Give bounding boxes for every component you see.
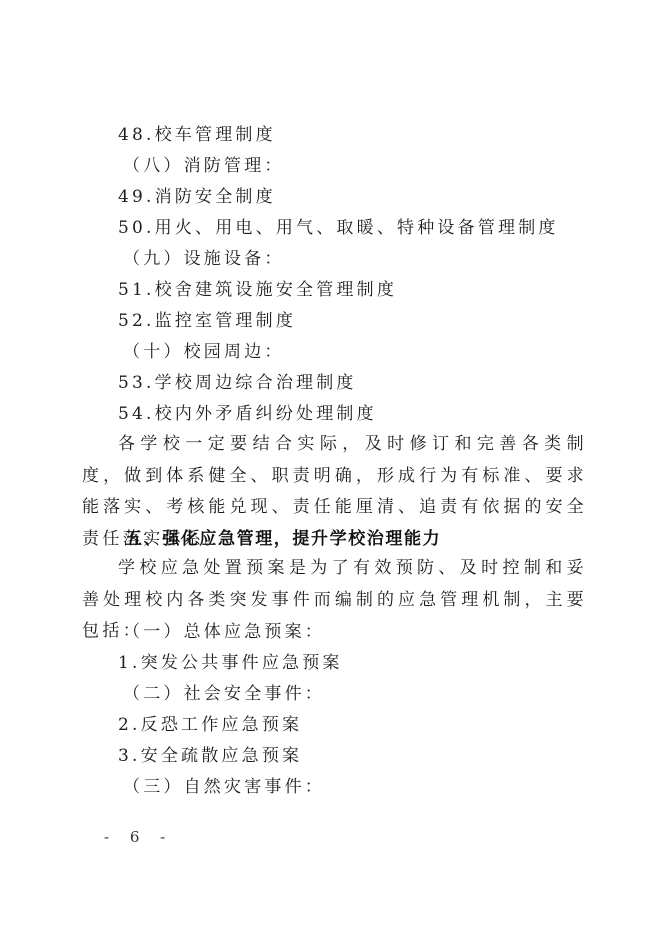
page-number: - 6 - [104, 828, 173, 846]
list-item-2: 2.反恐工作应急预案 [118, 714, 302, 736]
section-heading: 五、强化应急管理，提升学校治理能力 [125, 528, 441, 550]
list-item-51: 51.校舍建筑设施安全管理制度 [118, 279, 397, 301]
list-item-48: 48.校车管理制度 [118, 124, 276, 146]
list-item-54: 54.校内外矛盾纠纷处理制度 [118, 403, 377, 425]
category-heading-general: （一）总体应急预案： [123, 621, 325, 643]
category-heading-facilities: （九）设施设备： [123, 248, 285, 270]
category-heading-natural-disaster: （三）自然灾害事件： [123, 776, 325, 798]
category-heading-surroundings: （十）校园周边： [123, 341, 285, 363]
list-item-53: 53.学校周边综合治理制度 [118, 372, 357, 394]
list-item-49: 49.消防安全制度 [118, 186, 276, 208]
document-page: 48.校车管理制度 （八）消防管理： 49.消防安全制度 50.用火、用电、用气… [0, 0, 662, 936]
category-heading-fire: （八）消防管理： [123, 155, 285, 177]
list-item-52: 52.监控室管理制度 [118, 310, 296, 332]
category-heading-social-security: （二）社会安全事件： [123, 683, 325, 705]
list-item-50: 50.用火、用电、用气、取暖、特种设备管理制度 [118, 217, 559, 239]
list-item-3: 3.安全疏散应急预案 [118, 745, 302, 767]
list-item-1: 1.突发公共事件应急预案 [118, 652, 343, 674]
